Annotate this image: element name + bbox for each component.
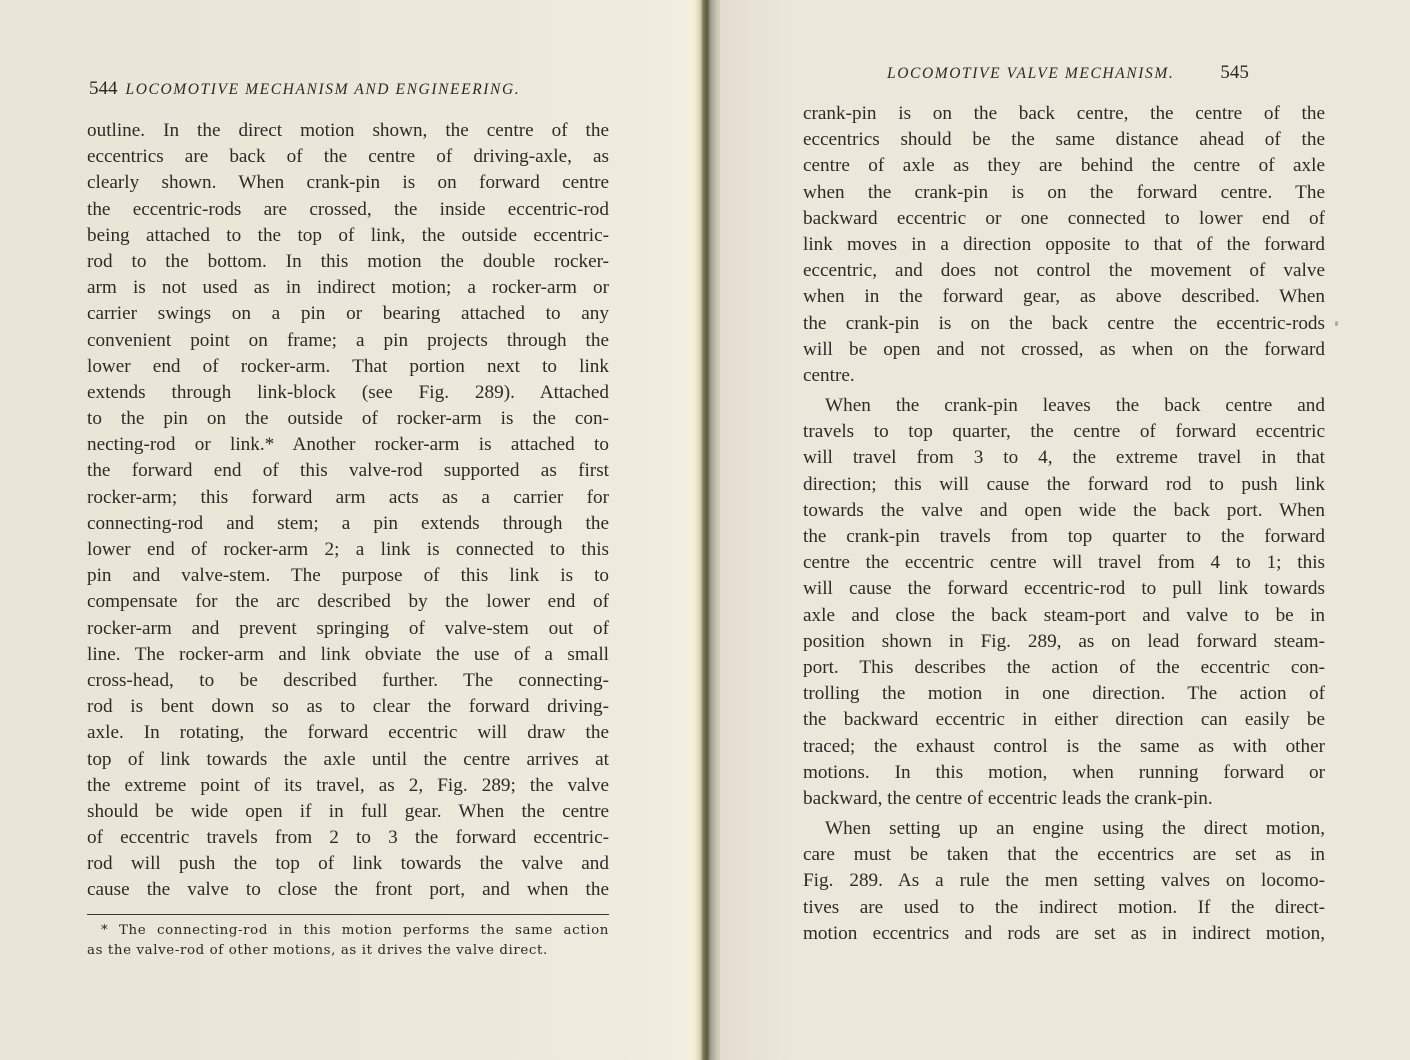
- text-line: carrier swings on a pin or bearing attac…: [87, 301, 609, 327]
- left-page-number: 544: [89, 78, 118, 99]
- text-line: necting-rod or link.* Another rocker-arm…: [87, 432, 609, 458]
- text-line: crank-pin is on the back centre, the cen…: [803, 101, 1325, 127]
- text-line: the crank-pin is on the back centre the …: [803, 311, 1325, 337]
- text-line: backward, the centre of eccentric leads …: [803, 786, 1325, 812]
- text-line: eccentrics should be the same distance a…: [803, 127, 1325, 153]
- text-line: rod will push the top of link towards th…: [87, 851, 609, 877]
- text-line: should be wide open if in full gear. Whe…: [87, 799, 609, 825]
- footnote-line: * The connecting-rod in this motion perf…: [87, 921, 609, 941]
- text-line: compensate for the arc described by the …: [87, 589, 609, 615]
- text-line: when the crank-pin is on the forward cen…: [803, 180, 1325, 206]
- text-line: traced; the exhaust control is the same …: [803, 734, 1325, 760]
- text-line: Fig. 289. As a rule the men setting valv…: [803, 868, 1325, 894]
- text-line: direction; this will cause the forward r…: [803, 472, 1325, 498]
- text-line: cause the valve to close the front port,…: [87, 877, 609, 903]
- footnote-rule: [87, 914, 609, 915]
- right-running-title: LOCOMOTIVE VALVE MECHANISM.: [887, 65, 1174, 82]
- text-line: the forward end of this valve-rod suppor…: [87, 458, 609, 484]
- paragraph: When setting up an engine using the dire…: [803, 816, 1325, 947]
- text-line: clearly shown. When crank-pin is on forw…: [87, 170, 609, 196]
- text-line: rocker-arm; this forward arm acts as a c…: [87, 485, 609, 511]
- text-line: rocker-arm and prevent springing of valv…: [87, 616, 609, 642]
- paragraph: crank-pin is on the back centre, the cen…: [803, 101, 1325, 389]
- text-line: travels to top quarter, the centre of fo…: [803, 419, 1325, 445]
- book-spread: 544LOCOMOTIVE MECHANISM AND ENGINEERING.…: [0, 0, 1410, 1060]
- paragraph: When the crank-pin leaves the back centr…: [803, 393, 1325, 812]
- text-line: the crank-pin travels from top quarter t…: [803, 524, 1325, 550]
- text-line: backward eccentric or one connected to l…: [803, 206, 1325, 232]
- text-line: the eccentric-rods are crossed, the insi…: [87, 197, 609, 223]
- left-page: 544LOCOMOTIVE MECHANISM AND ENGINEERING.…: [0, 0, 705, 1060]
- text-line: care must be taken that the eccentrics a…: [803, 842, 1325, 868]
- text-line: extends through link-block (see Fig. 289…: [87, 380, 609, 406]
- text-line: eccentrics are back of the centre of dri…: [87, 144, 609, 170]
- text-line: axle. In rotating, the forward eccentric…: [87, 720, 609, 746]
- left-running-head: 544LOCOMOTIVE MECHANISM AND ENGINEERING.: [89, 78, 520, 100]
- text-line: motion eccentrics and rods are set as in…: [803, 921, 1325, 947]
- text-line: will travel from 3 to 4, the extreme tra…: [803, 445, 1325, 471]
- left-body-text: outline. In the direct motion shown, the…: [87, 118, 609, 904]
- footnote-line: as the valve-rod of other motions, as it…: [87, 941, 609, 961]
- text-line: when in the forward gear, as above descr…: [803, 284, 1325, 310]
- text-line: tives are used to the indirect motion. I…: [803, 895, 1325, 921]
- text-line: port. This describes the action of the e…: [803, 655, 1325, 681]
- text-line: axle and close the back steam-port and v…: [803, 603, 1325, 629]
- text-line: will be open and not crossed, as when on…: [803, 337, 1325, 363]
- text-line: towards the valve and open wide the back…: [803, 498, 1325, 524]
- text-line: of eccentric travels from 2 to 3 the for…: [87, 825, 609, 851]
- footnote: * The connecting-rod in this motion perf…: [87, 921, 609, 961]
- text-line: position shown in Fig. 289, as on lead f…: [803, 629, 1325, 655]
- text-line: eccentric, and does not control the move…: [803, 258, 1325, 284]
- text-line: top of link towards the axle until the c…: [87, 747, 609, 773]
- paper-speck: [1335, 321, 1338, 326]
- text-line: will cause the forward eccentric-rod to …: [803, 576, 1325, 602]
- text-line: line. The rocker-arm and link obviate th…: [87, 642, 609, 668]
- text-line: rod to the bottom. In this motion the do…: [87, 249, 609, 275]
- text-line: When setting up an engine using the dire…: [803, 816, 1325, 842]
- right-running-head: LOCOMOTIVE VALVE MECHANISM.545: [887, 62, 1249, 84]
- left-running-title: LOCOMOTIVE MECHANISM AND ENGINEERING.: [126, 81, 521, 98]
- right-body-text: crank-pin is on the back centre, the cen…: [803, 101, 1325, 947]
- text-line: outline. In the direct motion shown, the…: [87, 118, 609, 144]
- text-line: to the pin on the outside of rocker-arm …: [87, 406, 609, 432]
- text-line: When the crank-pin leaves the back centr…: [803, 393, 1325, 419]
- text-line: convenient point on frame; a pin project…: [87, 328, 609, 354]
- text-line: cross-head, to be described further. The…: [87, 668, 609, 694]
- text-line: trolling the motion in one direction. Th…: [803, 681, 1325, 707]
- text-line: connecting-rod and stem; a pin extends t…: [87, 511, 609, 537]
- text-line: motions. In this motion, when running fo…: [803, 760, 1325, 786]
- text-line: lower end of rocker-arm. That portion ne…: [87, 354, 609, 380]
- text-line: centre the eccentric centre will travel …: [803, 550, 1325, 576]
- spine-gutter: [688, 0, 710, 1060]
- text-line: pin and valve-stem. The purpose of this …: [87, 563, 609, 589]
- text-line: centre.: [803, 363, 1325, 389]
- text-line: link moves in a direction opposite to th…: [803, 232, 1325, 258]
- text-line: arm is not used as in indirect motion; a…: [87, 275, 609, 301]
- text-line: the extreme point of its travel, as 2, F…: [87, 773, 609, 799]
- text-line: lower end of rocker-arm 2; a link is con…: [87, 537, 609, 563]
- text-line: the backward eccentric in either directi…: [803, 707, 1325, 733]
- text-line: being attached to the top of link, the o…: [87, 223, 609, 249]
- text-line: rod is bent down so as to clear the forw…: [87, 694, 609, 720]
- right-page-number: 545: [1220, 62, 1249, 83]
- text-line: centre of axle as they are behind the ce…: [803, 153, 1325, 179]
